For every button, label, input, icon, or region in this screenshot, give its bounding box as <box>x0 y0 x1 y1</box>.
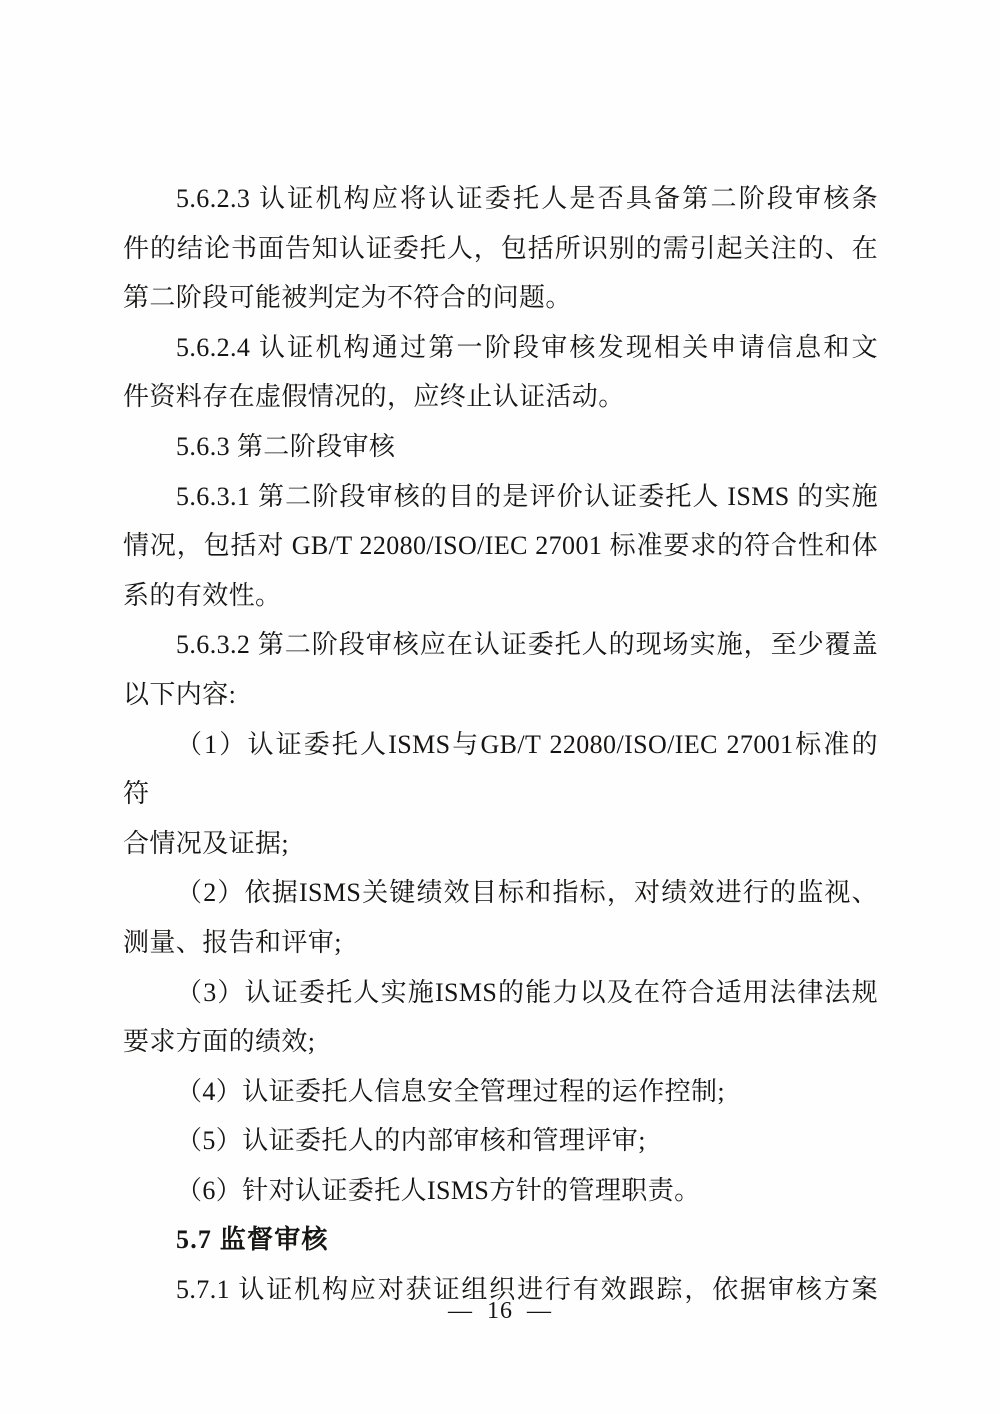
text-line: 测量、报告和评审; <box>123 918 878 968</box>
text-line: （6）针对认证委托人ISMS方针的管理职责。 <box>123 1166 878 1216</box>
text-line: 系的有效性。 <box>123 571 878 621</box>
text-line: 5.6.2.3 认证机构应将认证委托人是否具备第二阶段审核条 <box>123 174 878 224</box>
text-line: 5.6.3 第二阶段审核 <box>123 422 878 472</box>
clause-5-6-3-2: 5.6.3.2 第二阶段审核应在认证委托人的现场实施，至少覆盖以下内容: <box>123 620 878 719</box>
text-line: 第二阶段可能被判定为不符合的问题。 <box>123 273 878 323</box>
list-item-4: （4）认证委托人信息安全管理过程的运作控制; <box>123 1067 878 1117</box>
text-line: （2）依据ISMS关键绩效目标和指标，对绩效进行的监视、 <box>123 868 878 918</box>
clause-5-6-3-1: 5.6.3.1 第二阶段审核的目的是评价认证委托人 ISMS 的实施情况，包括对… <box>123 472 878 621</box>
text-line: 要求方面的绩效; <box>123 1017 878 1067</box>
text-line: （1）认证委托人ISMS与GB/T 22080/ISO/IEC 27001标准的… <box>123 720 878 819</box>
document-page: 5.6.2.3 认证机构应将认证委托人是否具备第二阶段审核条件的结论书面告知认证… <box>0 0 1000 1414</box>
text-line: 合情况及证据; <box>123 819 878 869</box>
text-line: 5.6.3.2 第二阶段审核应在认证委托人的现场实施，至少覆盖 <box>123 620 878 670</box>
list-item-5: （5）认证委托人的内部审核和管理评审; <box>123 1116 878 1166</box>
text-block: 5.6.2.3 认证机构应将认证委托人是否具备第二阶段审核条件的结论书面告知认证… <box>123 174 878 1315</box>
clause-5-6-2-4: 5.6.2.4 认证机构通过第一阶段审核发现相关申请信息和文件资料存在虚假情况的… <box>123 323 878 422</box>
list-item-3: （3）认证委托人实施ISMS的能力以及在符合适用法律法规要求方面的绩效; <box>123 968 878 1067</box>
text-line: 情况，包括对 GB/T 22080/ISO/IEC 27001 标准要求的符合性… <box>123 521 878 571</box>
page-footer: — 16 — <box>0 1298 1000 1325</box>
text-line: （3）认证委托人实施ISMS的能力以及在符合适用法律法规 <box>123 968 878 1018</box>
text-line: 件资料存在虚假情况的，应终止认证活动。 <box>123 372 878 422</box>
list-item-2: （2）依据ISMS关键绩效目标和指标，对绩效进行的监视、测量、报告和评审; <box>123 868 878 967</box>
page-number: — 16 — <box>448 1298 552 1324</box>
text-line: （5）认证委托人的内部审核和管理评审; <box>123 1116 878 1166</box>
heading-5-7: 5.7 监督审核 <box>123 1215 878 1265</box>
text-line: 5.7 监督审核 <box>123 1215 878 1265</box>
text-line: 5.6.2.4 认证机构通过第一阶段审核发现相关申请信息和文 <box>123 323 878 373</box>
list-item-1: （1）认证委托人ISMS与GB/T 22080/ISO/IEC 27001标准的… <box>123 720 878 869</box>
list-item-6: （6）针对认证委托人ISMS方针的管理职责。 <box>123 1166 878 1216</box>
clause-5-6-3: 5.6.3 第二阶段审核 <box>123 422 878 472</box>
text-line: 件的结论书面告知认证委托人，包括所识别的需引起关注的、在 <box>123 224 878 274</box>
text-line: 以下内容: <box>123 670 878 720</box>
text-line: （4）认证委托人信息安全管理过程的运作控制; <box>123 1067 878 1117</box>
text-line: 5.6.3.1 第二阶段审核的目的是评价认证委托人 ISMS 的实施 <box>123 472 878 522</box>
clause-5-6-2-3: 5.6.2.3 认证机构应将认证委托人是否具备第二阶段审核条件的结论书面告知认证… <box>123 174 878 323</box>
